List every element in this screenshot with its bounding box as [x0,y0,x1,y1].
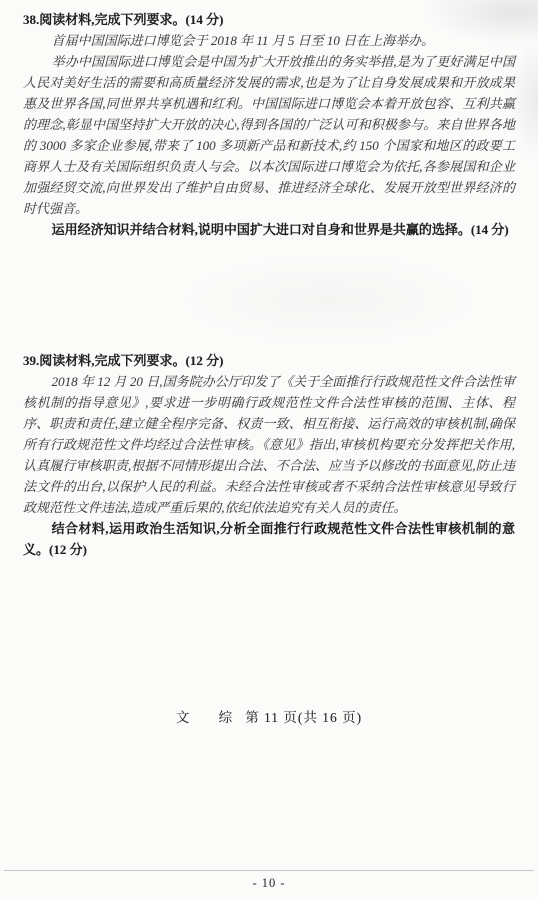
question-header: 38.阅读材料,完成下列要求。(14 分) [23,9,515,30]
footer-divider-line [4,870,534,871]
question-header: 39.阅读材料,完成下列要求。(12 分) [23,350,515,371]
material-paragraph: 举办中国国际进口博览会是中国为扩大开放推出的务实举措,是为了更好满足中国人民对美… [23,51,515,219]
exam-page: 38.阅读材料,完成下列要求。(14 分) 首届中国国际进口博览会于 2018 … [0,0,538,900]
running-footer: 文 综第 11 页(共 16 页) [0,706,538,726]
material-paragraph: 首届中国国际进口博览会于 2018 年 11 月 5 日至 10 日在上海举办。 [23,30,515,51]
question-38: 38.阅读材料,完成下列要求。(14 分) 首届中国国际进口博览会于 2018 … [23,9,515,240]
question-number: 38. [23,12,39,27]
exam-subject-label: 文 综 [176,710,245,725]
question-task: 结合材料,运用政治生活知识,分析全面推行行政规范性文件合法性审核机制的意义。(1… [23,518,515,560]
material-paragraph: 2018 年 12 月 20 日,国务院办公厅印发了《关于全面推行行政规范性文件… [23,371,515,518]
question-prompt: 阅读材料,完成下列要求。(14 分) [39,12,223,27]
page-content: 38.阅读材料,完成下列要求。(14 分) 首届中国国际进口博览会于 2018 … [23,9,515,560]
page-number: - 10 - [0,876,538,891]
question-39: 39.阅读材料,完成下列要求。(12 分) 2018 年 12 月 20 日,国… [23,350,515,560]
footer-page-info: 第 11 页(共 16 页) [245,710,362,725]
question-number: 39. [23,353,39,368]
question-prompt: 阅读材料,完成下列要求。(12 分) [39,353,223,368]
question-task: 运用经济知识并结合材料,说明中国扩大进口对自身和世界是共赢的选择。(14 分) [23,219,515,240]
